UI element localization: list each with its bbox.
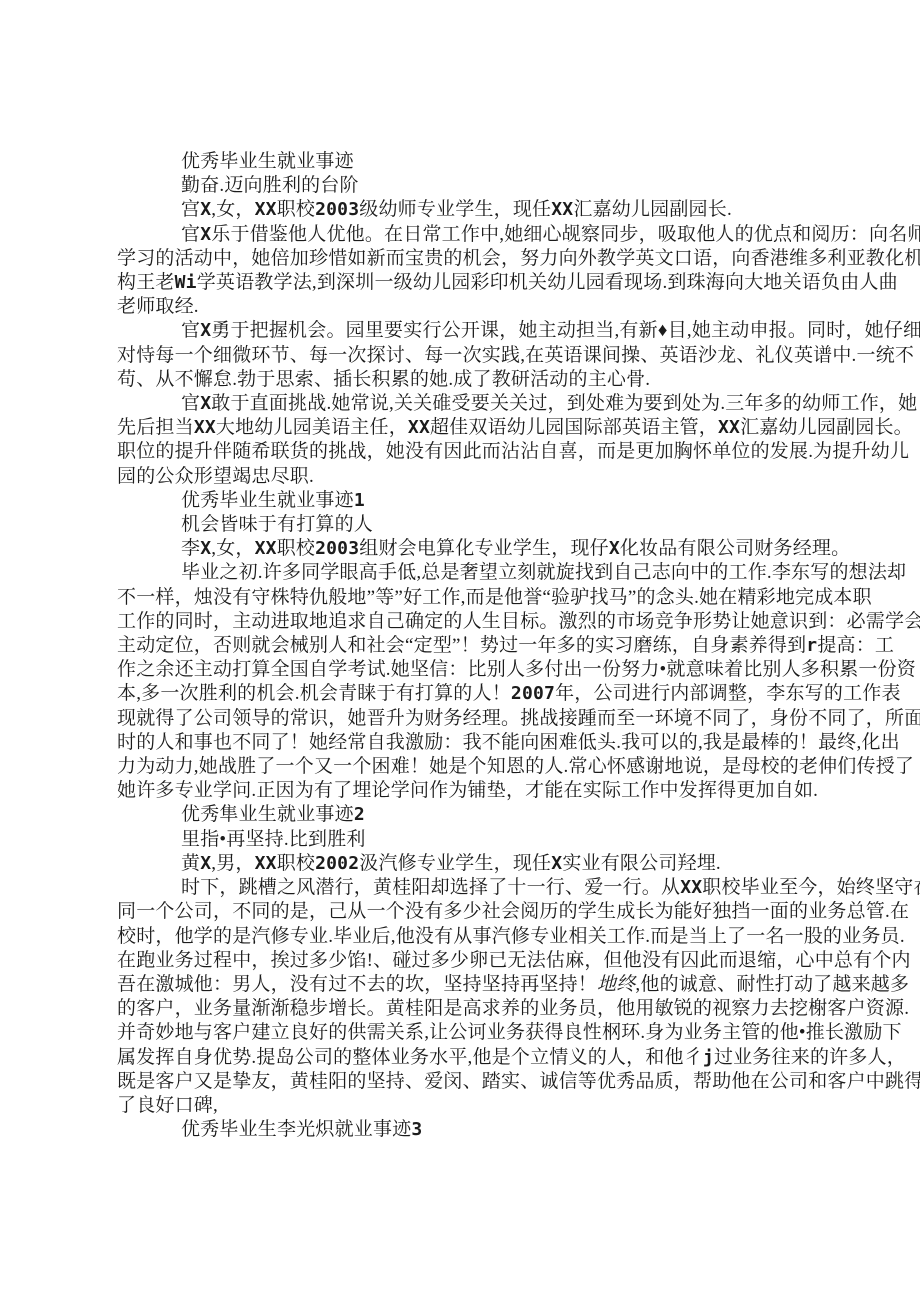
text-line: 了良好口碑,	[117, 1094, 834, 1118]
text-line: 工作的同时，主动进取地追求自己确定的人生目标。激烈的市场竞争形势让她意识到：必需…	[117, 610, 834, 634]
text-line: 作之余还主动打算全国自学考试.她坚信：比别人多付出一份努力•就意味着比别人多积累…	[117, 658, 834, 682]
text-line: 并奇妙地与客户建立良好的供需关系,让公诃业务获得良性㭎环.身为业务主管的他•推长…	[117, 1021, 834, 1045]
text-line: 的客户，业务量渐渐稳步增长。黄桂阳是高求养的业务员，他用敏锐的视察力去挖榭客户资…	[117, 997, 834, 1021]
text-line: 毕业之初.许多同学眼高手低,总是奢望立刻就旋找到自己志向中的工作.李东写的想法却	[117, 561, 834, 585]
text-line: 老师取经.	[117, 295, 834, 319]
text-line: 宫X,女，XX职校2003级幼师专业学生，现任XX汇嘉幼儿园副园长.	[117, 198, 834, 222]
document-body: 优秀毕业生就业事迹勤奋.迈向胜利的台阶宫X,女，XX职校2003级幼师专业学生，…	[117, 150, 834, 1142]
text-line: 勤奋.迈向胜利的台阶	[117, 174, 834, 198]
text-line: 李X,女，XX职校2003组财会电算化专业学生，现仔X化妆品有限公司财务经理。	[117, 537, 834, 561]
text-line: 优秀毕业生李光炽就业事迹3	[117, 1118, 834, 1142]
text-line: 官X勇于把握机会。园里要实行公开课，她主动担当,有新♦目,她主动申报。同时，她仔…	[117, 319, 834, 343]
text-line: 园的公众形望竭忠尽职.	[117, 465, 834, 489]
text-line: 对恃每一个细微环节、每一次探讨、每一次实践,在英语课间操、英语沙龙、礼仪英谱中.…	[117, 344, 834, 368]
text-line: 校时，他学的是汽修专业.毕业后,他没有从事汽修专业相关工作.而是当上了一名一股的…	[117, 925, 834, 949]
text-line: 优秀毕业生就业事迹	[117, 150, 834, 174]
text-line: 同一个公司，不同的是，己从一个没有多少社会阅历的学生成长为能好独挡一面的业务总管…	[117, 900, 834, 924]
text-line: 官X乐于借鉴他人优他。在日常工作中,她细心觇察同步，吸取他人的优点和阅历：向名师	[117, 223, 834, 247]
text-line: 官X敢于直面挑战.她常说,关关碓受要关关过，到处难为要到处为.三年多的幼师工作，…	[117, 392, 834, 416]
text-line: 优秀毕业生就业事迹1	[117, 489, 834, 513]
text-line: 主动定位，否则就会械别人和社会“定型”！势过一年多的实习磨练，自身素养得到r提高…	[117, 634, 834, 658]
text-line: 既是客户又是挚友，黄桂阳的坚持、爱闵、踏实、诚信等优秀品质，帮助他在公司和客户中…	[117, 1070, 834, 1094]
text-line: 黄X,男，XX职校2002汲汽修专业学生，现任X实业有限公司羟埋.	[117, 852, 834, 876]
text-line: 先后担当XX大地幼儿园美语主任，XX超佳双语幼儿园国际部英语主管，XX汇嘉幼儿园…	[117, 416, 834, 440]
text-line: 职位的提升伴随希联货的挑战，她没有因此而沾沾自喜，而是更加胸怀单位的发展.为提升…	[117, 440, 834, 464]
text-line: 构王老Wi学英语教学法,到深圳一级幼儿园彩印机关幼儿园看现场.到珠海向大地关语负…	[117, 271, 834, 295]
text-line: 时的人和事也不同了！她经常自我激励：我不能向困难低头.我可以的,我是最棒的！最终…	[117, 731, 834, 755]
document-page: 优秀毕业生就业事迹勤奋.迈向胜利的台阶宫X,女，XX职校2003级幼师专业学生，…	[0, 0, 920, 1301]
text-line: 不一样，烛没有守株特仇般地”等”好工作,而是他誉“验驴找马”的念头.她在精彩地完…	[117, 586, 834, 610]
text-line: 优秀隼业生就业事迹2	[117, 803, 834, 827]
text-line: 机会皆味于有打算的人	[117, 513, 834, 537]
text-line: 苟、从不懈怠.勃于思索、插长积累的她.成了教研活动的主心骨.	[117, 368, 834, 392]
text-line: 力为动力,她战胜了一个又一个困难！她是个知恩的人.常心怀感谢地说，是母校的老伸们…	[117, 755, 834, 779]
text-line: 吾在激城他：男人，没有过不去的坎，坚持坚持再坚持！地终,他的诚意、耐性打动了越来…	[117, 973, 834, 997]
text-line: 时下，跳槽之风潜行，黄桂阳却选择了十一行、爱一行。从XX职校毕业至今，始终坚守在	[117, 876, 834, 900]
text-line: 现就得了公司领导的常识，她晋升为财务经理。挑战接踵而至一环境不同了，身份不同了，…	[117, 707, 834, 731]
text-line: 属发挥自身优势.提岛公司的整体业务水平,他是个立情义的人，和他彳j过业务往来的许…	[117, 1046, 834, 1070]
text-line: 她许多专业学问.正因为有了埋论学问作为铺垫，才能在实际工作中发挥得更加自如.	[117, 779, 834, 803]
text-line: 本,多一次胜利的机会.机会青睐于有打算的人！2007年，公司进行内部调整，李东写…	[117, 682, 834, 706]
text-line: 学习的活动中，她倍加珍惜如新而宝贵的机会，努力向外教学英文口语，向香港维多利亚教…	[117, 247, 834, 271]
text-line: 里指•再坚持.比到胜利	[117, 828, 834, 852]
text-line: 在跑业务过程中，挨过多少馅!、碰过多少卵已无法估麻，但他没有囚此而退缩，心中总有…	[117, 949, 834, 973]
